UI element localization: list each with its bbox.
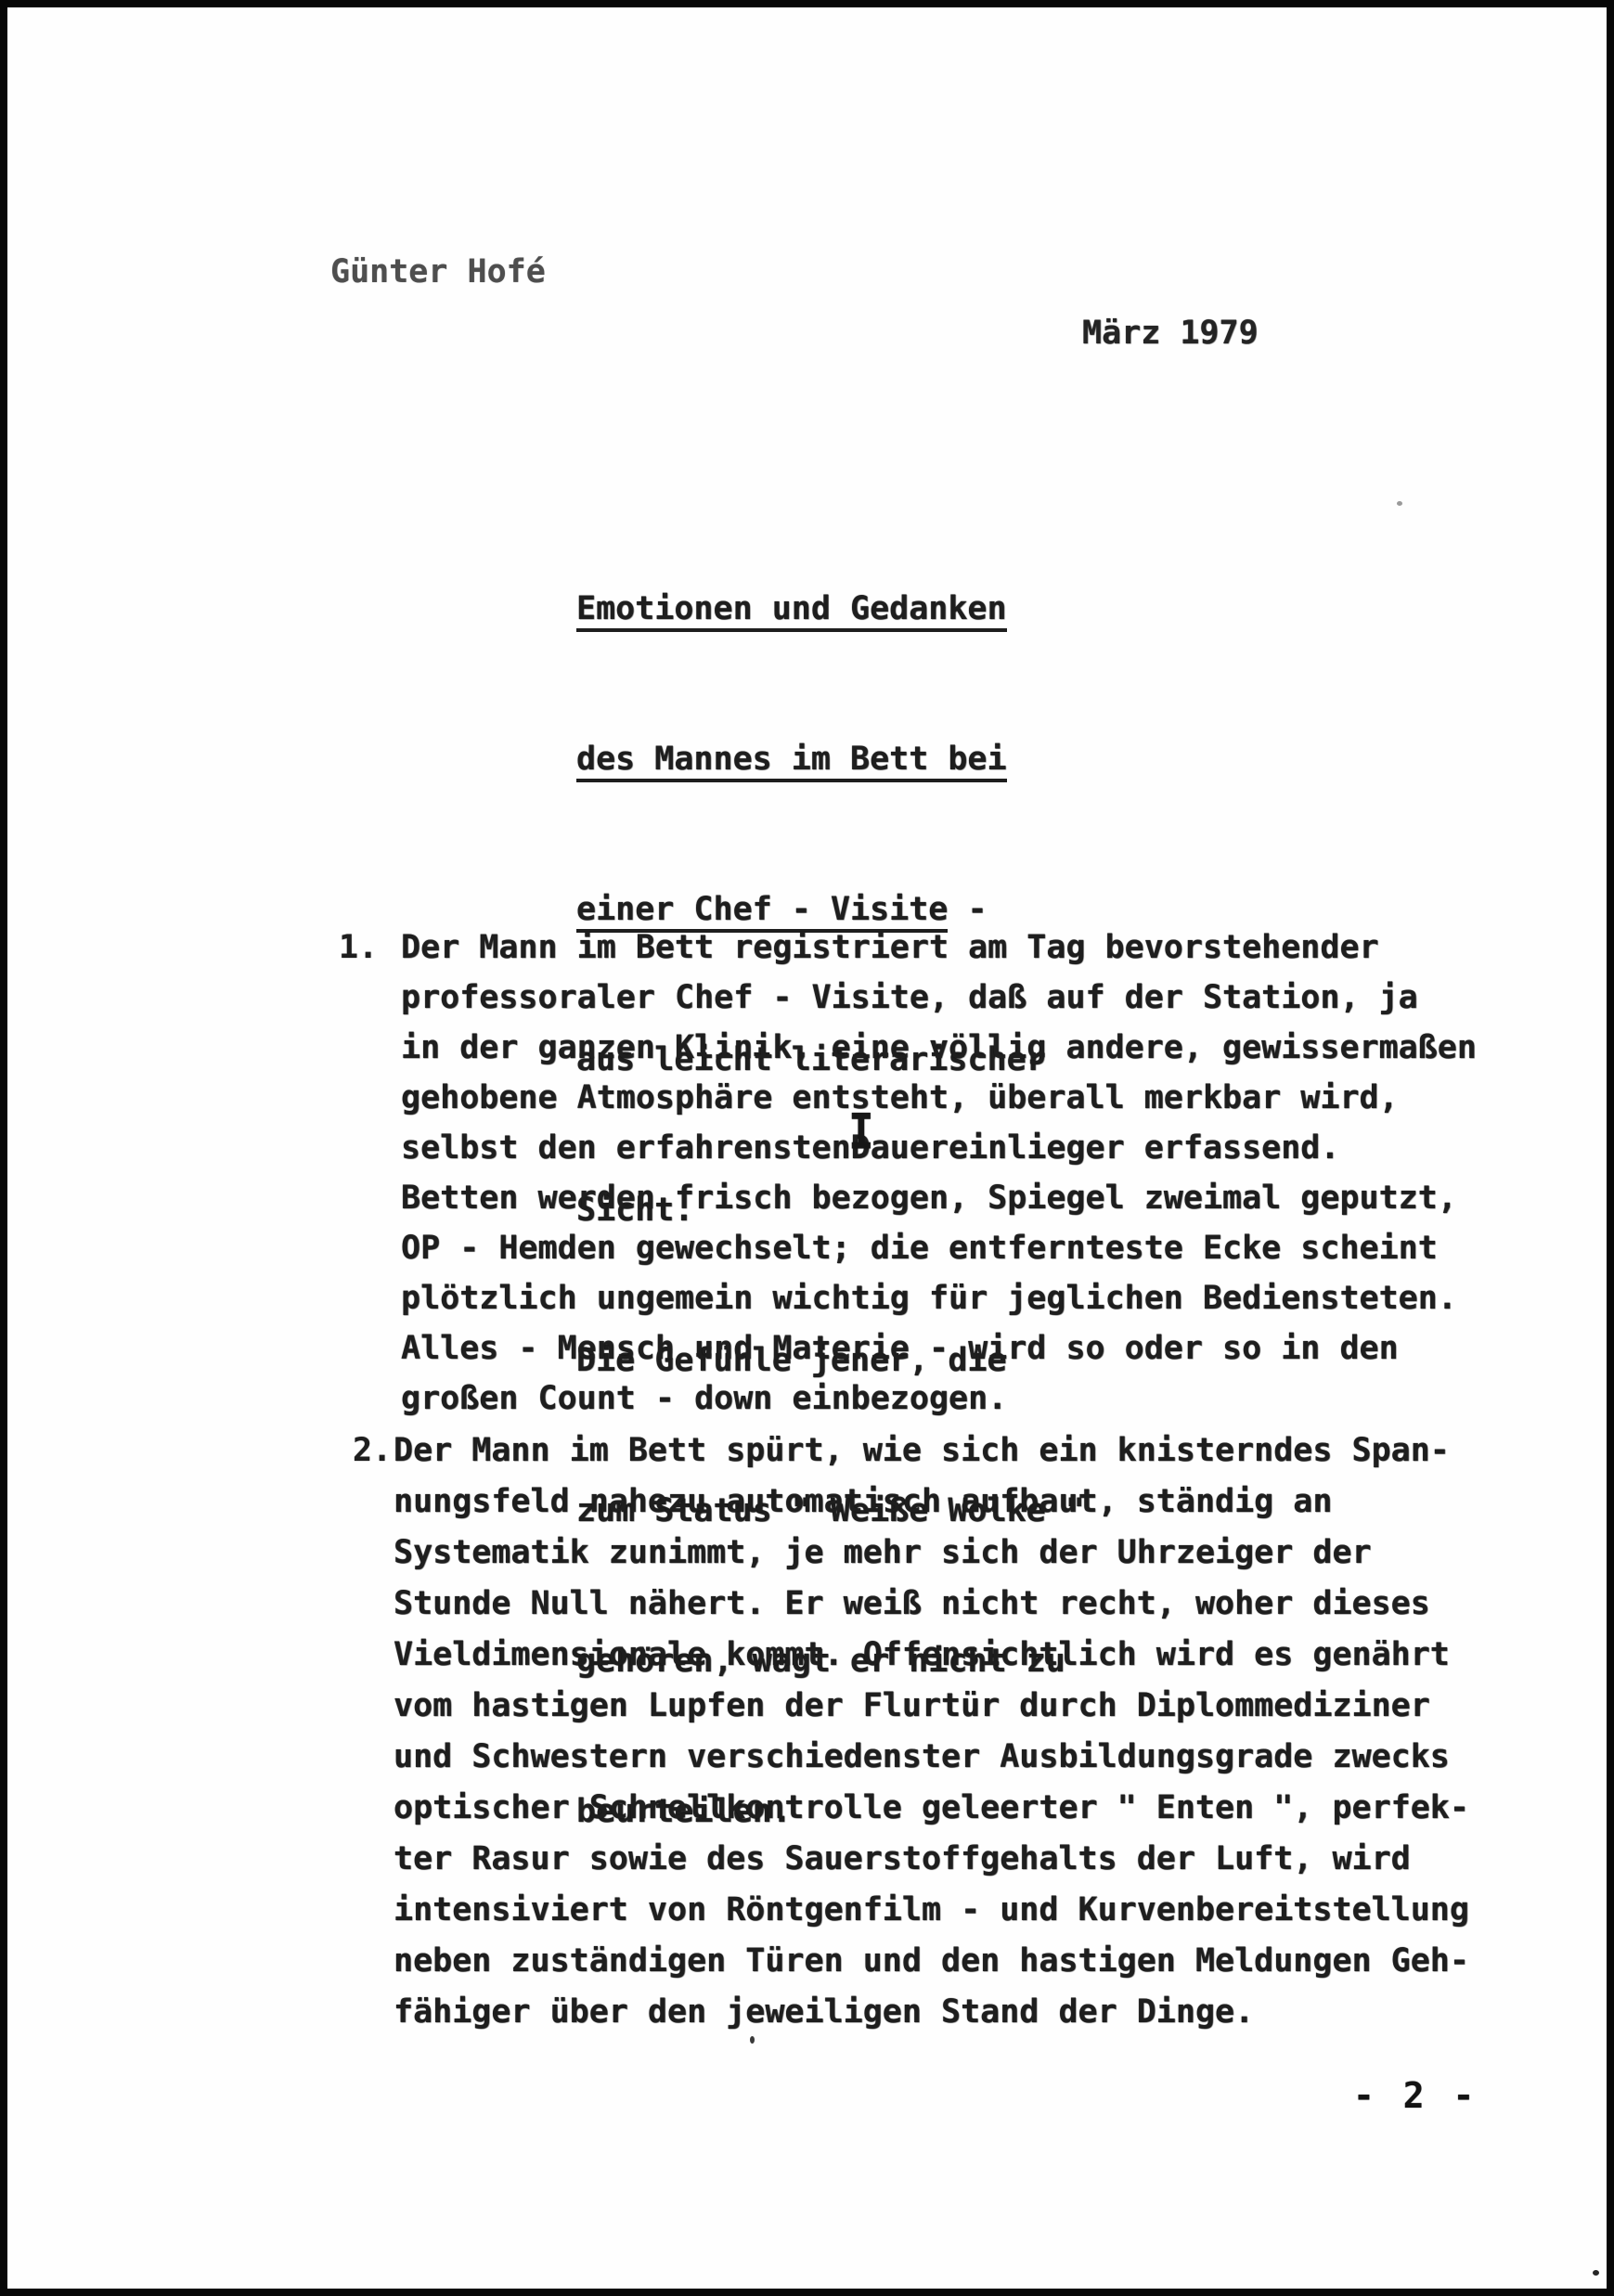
text-line: fähiger über den jeweiligen Stand der Di… <box>394 1987 1469 2038</box>
text-line: nungsfeld nahezu automatisch aufbaut, st… <box>394 1477 1469 1528</box>
text-line: und Schwestern verschiedenster Ausbildun… <box>394 1732 1469 1783</box>
text-line: Der Mann im Bett registriert am Tag bevo… <box>401 922 1477 973</box>
text-line: selbst den erfahrenstenDauereinlieger er… <box>401 1123 1477 1173</box>
text-line: plötzlich ungemein wichtig für jeglichen… <box>401 1273 1477 1323</box>
text-line: Stunde Null nähert. Er weiß nicht recht,… <box>394 1579 1469 1630</box>
title-line: Emotionen und Gedanken <box>576 584 1085 634</box>
paragraph-number: 2. <box>353 1425 392 1476</box>
text-line: gehobene Atmosphäre entsteht, überall me… <box>401 1073 1477 1123</box>
paragraph-text: Der Mann im Bett registriert am Tag bevo… <box>401 922 1477 1424</box>
text-line: professoraler Chef - Visite, daß auf der… <box>401 973 1477 1023</box>
title-line: des Mannes im Bett bei <box>576 734 1085 784</box>
text-line: intensiviert von Röntgenfilm - und Kurve… <box>394 1885 1469 1936</box>
text-line: Vieldimensionale kommt. Offensichtlich w… <box>394 1630 1469 1681</box>
text-line: Systematik zunimmt, je mehr sich der Uhr… <box>394 1528 1469 1579</box>
text-line: Der Mann im Bett spürt, wie sich ein kni… <box>394 1425 1469 1477</box>
scan-speck <box>1397 501 1402 506</box>
text-line: optischer Schnellkontrolle geleerter " E… <box>394 1783 1469 1834</box>
text-line: großen Count - down einbezogen. <box>401 1374 1477 1424</box>
text-line: neben zuständigen Türen und den hastigen… <box>394 1936 1469 1987</box>
text-line: vom hastigen Lupfen der Flurtür durch Di… <box>394 1681 1469 1732</box>
document-date: März 1979 <box>1082 308 1259 358</box>
scan-speck <box>1593 2270 1599 2276</box>
scan-speck <box>750 2036 755 2044</box>
paragraph-number: 1. <box>339 922 378 973</box>
title-underlined-text: Emotionen und Gedanken <box>576 589 1007 632</box>
text-line: ter Rasur sowie des Sauerstoffgehalts de… <box>394 1834 1469 1885</box>
author-name: Günter Hofé <box>330 247 546 297</box>
text-line: Alles - Mensch und Materie - wird so ode… <box>401 1323 1477 1374</box>
text-line: in der ganzen Klinik, eine völlig andere… <box>401 1023 1477 1073</box>
page-number: - 2 - <box>1353 2075 1478 2116</box>
title-underlined-text: des Mannes im Bett bei <box>576 740 1007 782</box>
text-line: OP - Hemden gewechselt; die entfernteste… <box>401 1223 1477 1273</box>
paragraph-text: Der Mann im Bett spürt, wie sich ein kni… <box>394 1425 1469 2038</box>
typed-insertion-mark: I <box>848 1107 874 1156</box>
text-line: Betten werden frisch bezogen, Spiegel zw… <box>401 1173 1477 1223</box>
scanned-document-page: Günter Hofé März 1979 Emotionen und Geda… <box>0 0 1614 2296</box>
